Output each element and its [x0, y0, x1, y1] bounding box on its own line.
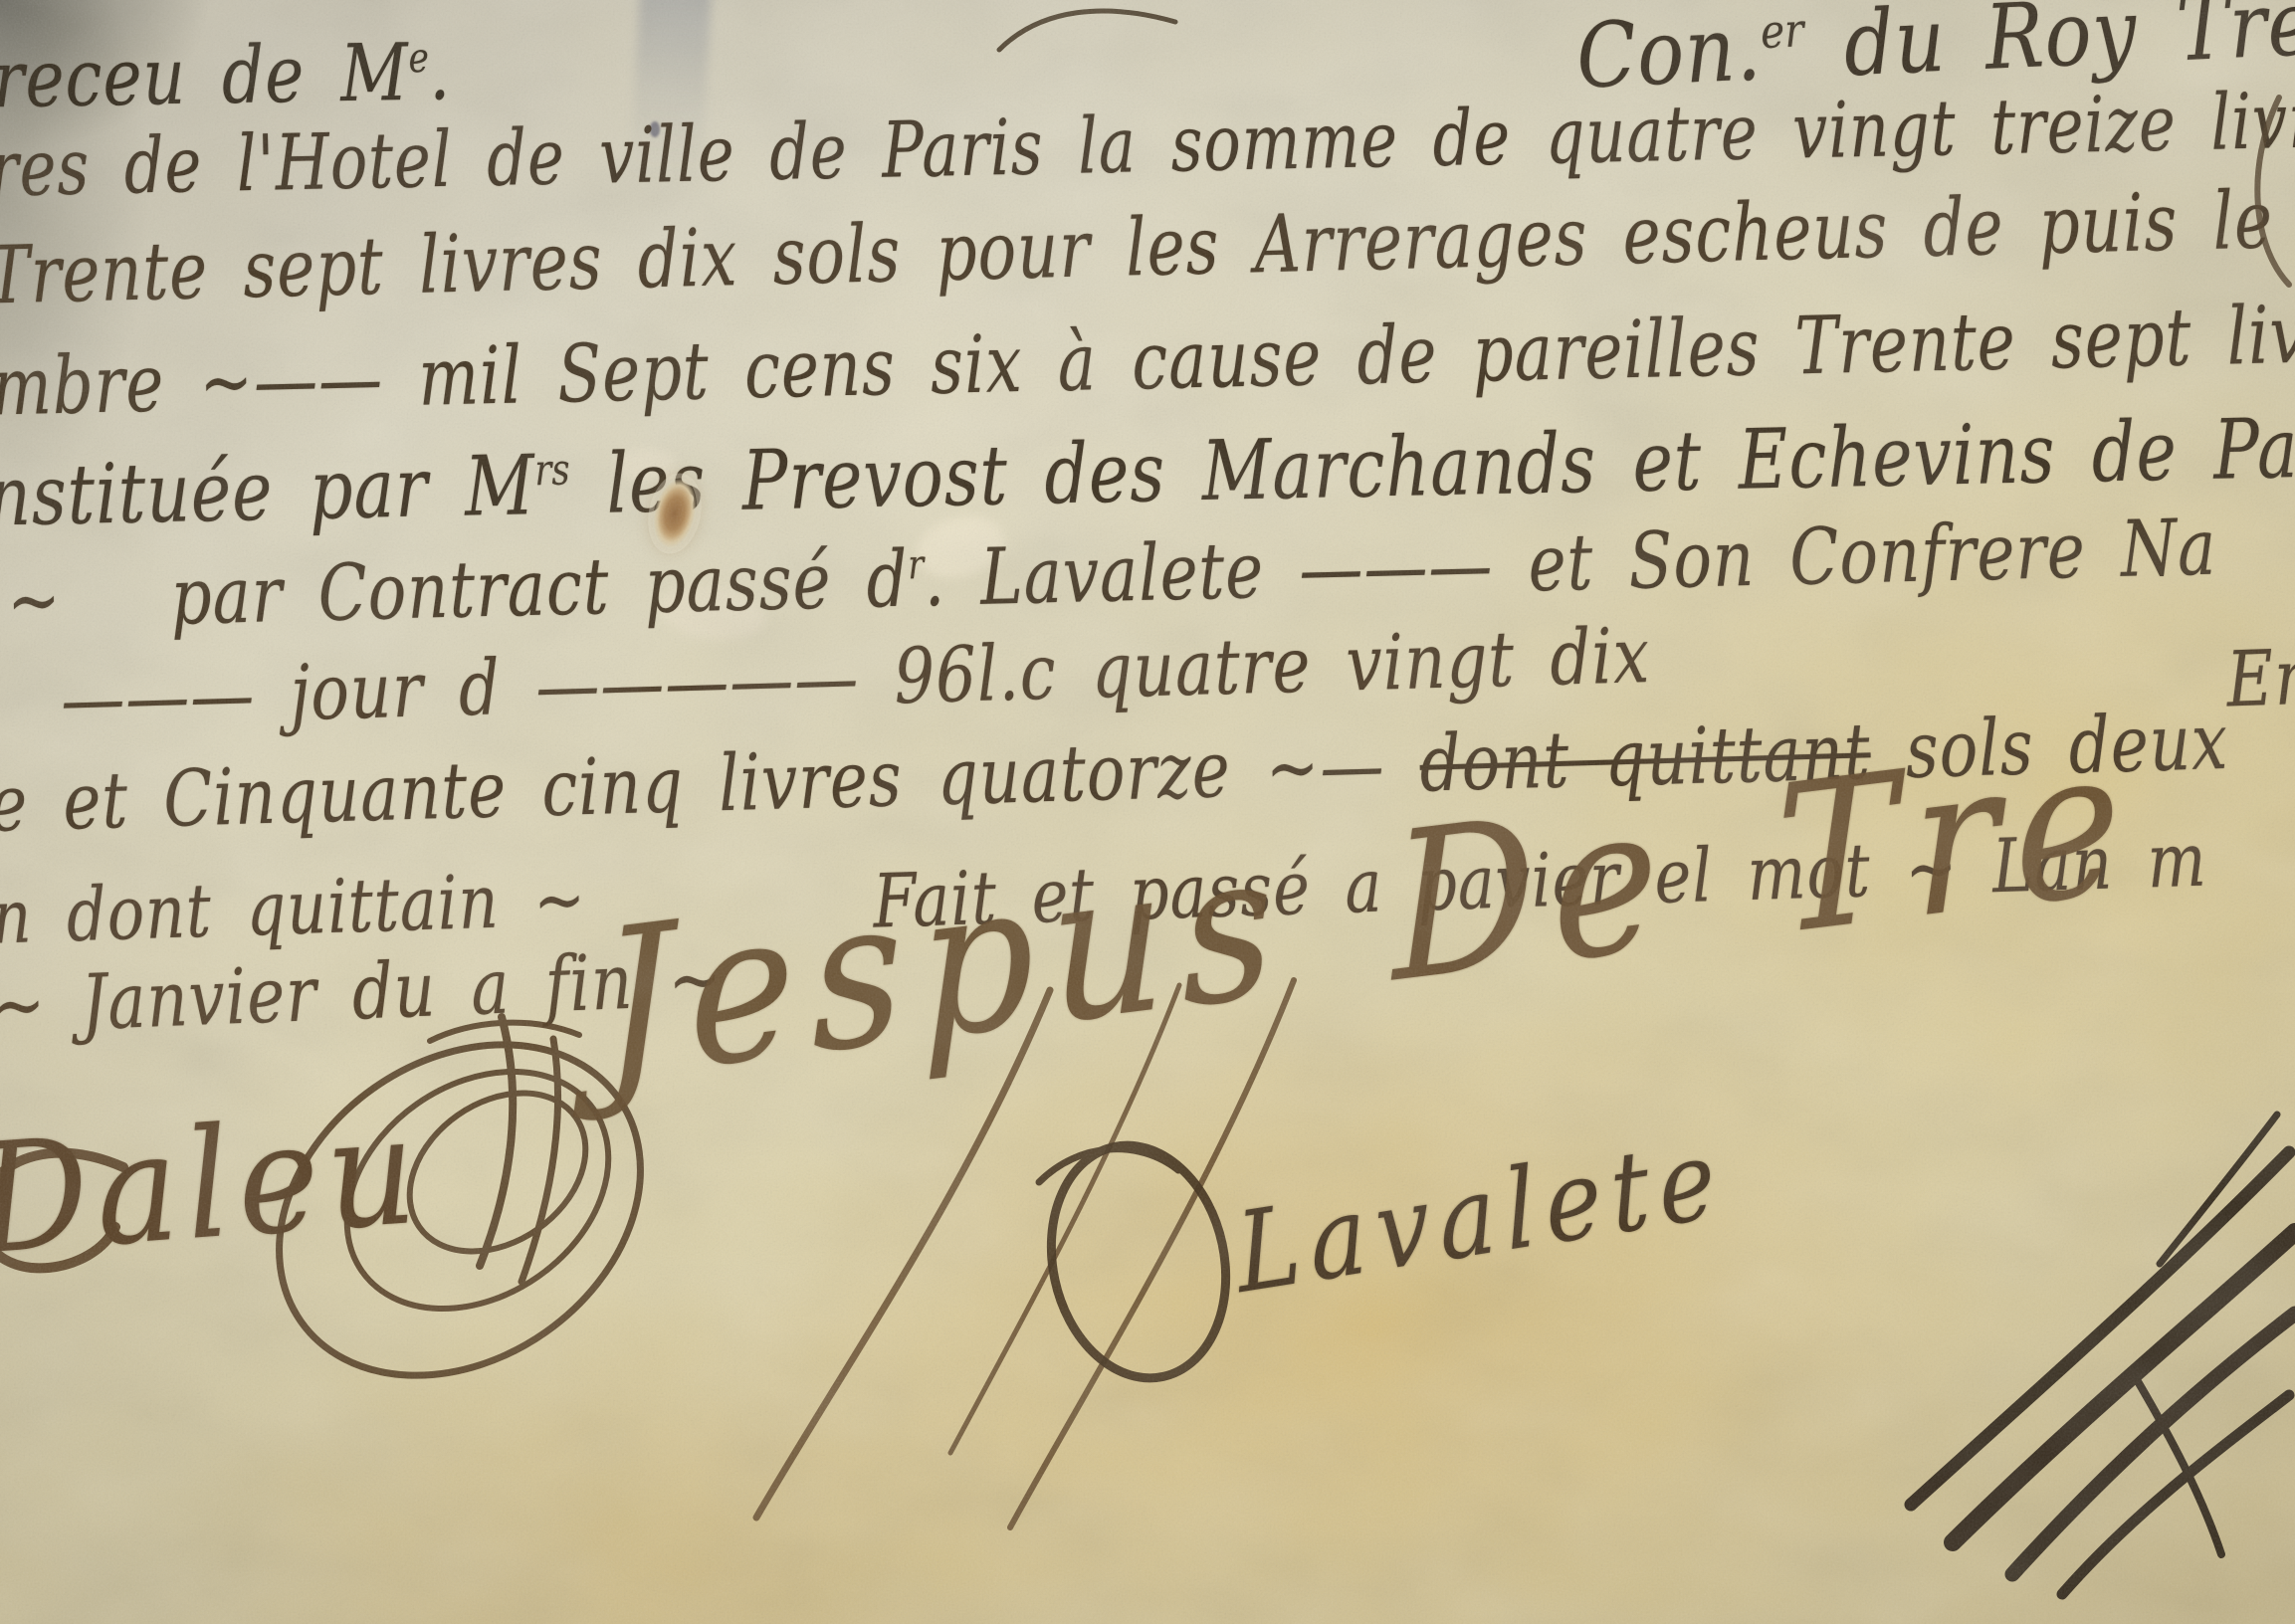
- line-receu-de-me: receu de Me.: [0, 26, 452, 125]
- left-signature-daleu: Daleu: [0, 1082, 429, 1289]
- top-edge-stroke-fragment: [981, 0, 1190, 56]
- corner-feather-paraph: [1871, 1075, 2295, 1624]
- right-edge-stroke-fragment: [2227, 88, 2295, 297]
- line-en-fragment: En: [2225, 634, 2295, 725]
- parchment-photo: { "photo": { "description": "Aged parchm…: [0, 0, 2295, 1624]
